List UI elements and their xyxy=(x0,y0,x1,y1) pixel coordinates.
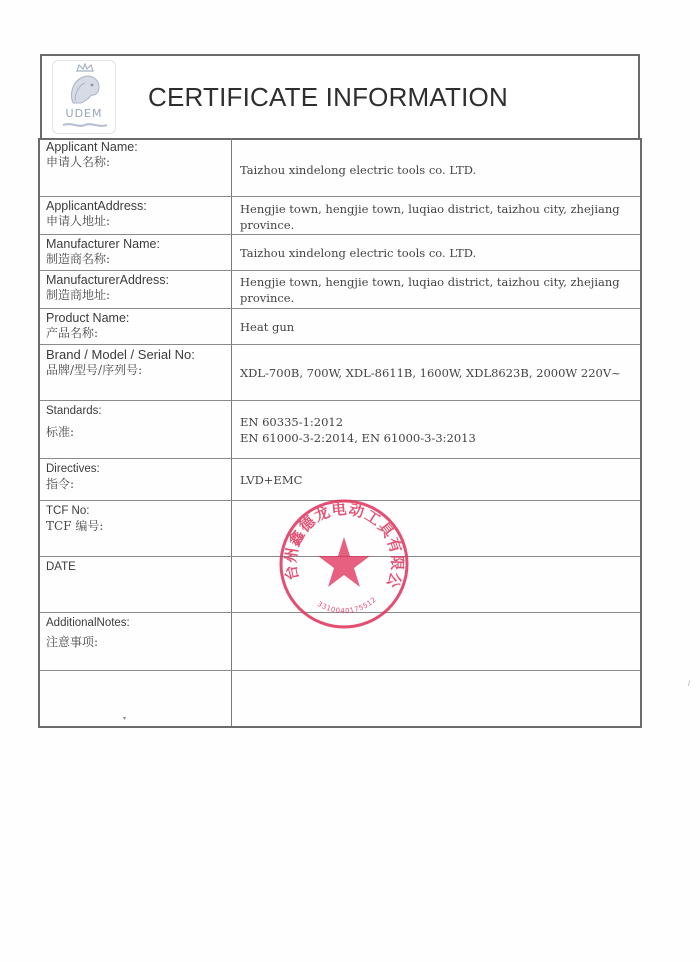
table-row-manufacturer-name: Manufacturer Name:制造商名称: Taizhou xindelo… xyxy=(40,234,640,270)
value-text: Hengjie town, hengjie town, luqiao distr… xyxy=(240,274,620,306)
label-cn: 申请人名称: xyxy=(46,155,110,169)
value-text: XDL-700B, 700W, XDL-8611B, 1600W, XDL862… xyxy=(240,365,621,381)
label-en: Manufacturer Name: xyxy=(46,237,160,251)
certificate-table: Applicant Name:申请人名称: Taizhou xindelong … xyxy=(38,138,642,728)
table-row-empty xyxy=(40,670,640,726)
value-text: EN 60335-1:2012 EN 61000-3-2:2014, EN 61… xyxy=(240,414,476,446)
label-cell: Brand / Model / Serial No:品牌/型号/序列号: xyxy=(40,345,232,400)
table-row-manufacturer-address: ManufacturerAddress:制造商地址: Hengjie town,… xyxy=(40,270,640,308)
certificate-page: UDEM CERTIFICATE INFORMATION Applicant N… xyxy=(0,0,700,962)
value-text: Taizhou xindelong electric tools co. LTD… xyxy=(240,245,476,261)
label-cell: ApplicantAddress:申请人地址: xyxy=(40,197,232,234)
logo-ribbon-icon xyxy=(61,121,109,129)
table-row-applicant-address: ApplicantAddress:申请人地址: Hengjie town, he… xyxy=(40,196,640,234)
label-cn: 指令: xyxy=(46,477,74,491)
scan-speck: ▾ xyxy=(123,715,126,722)
label-cn: 制造商地址: xyxy=(46,288,110,302)
page-title: CERTIFICATE INFORMATION xyxy=(148,82,508,113)
label-en: ManufacturerAddress: xyxy=(46,273,169,287)
label-en: Directives: xyxy=(46,463,100,475)
label-cn: 品牌/型号/序列号: xyxy=(46,363,142,377)
label-en: DATE xyxy=(46,561,76,573)
label-cell: Directives:指令: xyxy=(40,459,232,500)
table-row-applicant-name: Applicant Name:申请人名称: Taizhou xindelong … xyxy=(40,138,640,196)
udem-logo: UDEM xyxy=(52,60,116,134)
table-row-directives: Directives:指令: LVD+EMC xyxy=(40,458,640,500)
label-en: TCF No: xyxy=(46,505,89,517)
label-cn: 制造商名称: xyxy=(46,252,110,266)
label-cell: TCF No:TCF 编号: xyxy=(40,501,232,556)
label-cell: Standards:标准: xyxy=(40,401,232,458)
svg-text:3310040175512: 3310040175512 xyxy=(316,596,378,616)
value-cell: Taizhou xindelong electric tools co. LTD… xyxy=(232,235,640,270)
svg-text:台州鑫德龙电动工具有限公司: 台州鑫德龙电动工具有限公司 xyxy=(277,497,406,591)
scan-speck: / xyxy=(688,680,690,687)
star-icon xyxy=(318,537,370,587)
value-text: Hengjie town, hengjie town, luqiao distr… xyxy=(240,201,620,233)
label-cell: DATE xyxy=(40,557,232,612)
value-text: Taizhou xindelong electric tools co. LTD… xyxy=(240,162,476,178)
value-cell: EN 60335-1:2012 EN 61000-3-2:2014, EN 61… xyxy=(232,401,640,458)
label-cell: AdditionalNotes:注意事项: xyxy=(40,613,232,670)
value-cell: LVD+EMC xyxy=(232,459,640,500)
label-en: Applicant Name: xyxy=(46,140,138,154)
value-text: Heat gun xyxy=(240,319,294,335)
value-cell: Hengjie town, hengjie town, luqiao distr… xyxy=(232,197,640,234)
seal-number: 3310040175512 xyxy=(316,596,378,616)
table-row-product-name: Product Name:产品名称: Heat gun xyxy=(40,308,640,344)
company-seal-stamp: 台州鑫德龙电动工具有限公司 3310040175512 xyxy=(277,497,411,631)
label-cn: 注意事项: xyxy=(46,635,231,650)
label-cell: Applicant Name:申请人名称: xyxy=(40,138,232,196)
label-cn: TCF 编号: xyxy=(46,519,103,533)
label-cell: ManufacturerAddress:制造商地址: xyxy=(40,271,232,308)
label-cn: 产品名称: xyxy=(46,326,98,340)
value-cell: Heat gun xyxy=(232,309,640,344)
value-cell xyxy=(232,671,640,726)
logo-text: UDEM xyxy=(53,107,115,120)
table-row-standards: Standards:标准: EN 60335-1:2012 EN 61000-3… xyxy=(40,400,640,458)
label-cn: 申请人地址: xyxy=(46,214,110,228)
certificate-header: UDEM CERTIFICATE INFORMATION xyxy=(40,54,640,140)
value-cell: Hengjie town, hengjie town, luqiao distr… xyxy=(232,271,640,308)
value-text: LVD+EMC xyxy=(240,472,302,488)
label-cell: Product Name:产品名称: xyxy=(40,309,232,344)
label-cell: Manufacturer Name:制造商名称: xyxy=(40,235,232,270)
label-en: ApplicantAddress: xyxy=(46,199,147,213)
label-en: AdditionalNotes: xyxy=(46,617,130,629)
table-row-brand-model-serial: Brand / Model / Serial No:品牌/型号/序列号: XDL… xyxy=(40,344,640,400)
label-en: Brand / Model / Serial No: xyxy=(46,347,195,362)
lion-crown-icon xyxy=(59,63,111,107)
label-en: Standards: xyxy=(46,405,102,417)
seal-company-text: 台州鑫德龙电动工具有限公司 xyxy=(277,497,406,591)
label-en: Product Name: xyxy=(46,311,129,325)
label-cn: 标准: xyxy=(46,425,231,440)
label-cell xyxy=(40,671,232,726)
value-cell: Taizhou xindelong electric tools co. LTD… xyxy=(232,138,640,196)
value-cell: XDL-700B, 700W, XDL-8611B, 1600W, XDL862… xyxy=(232,345,640,400)
